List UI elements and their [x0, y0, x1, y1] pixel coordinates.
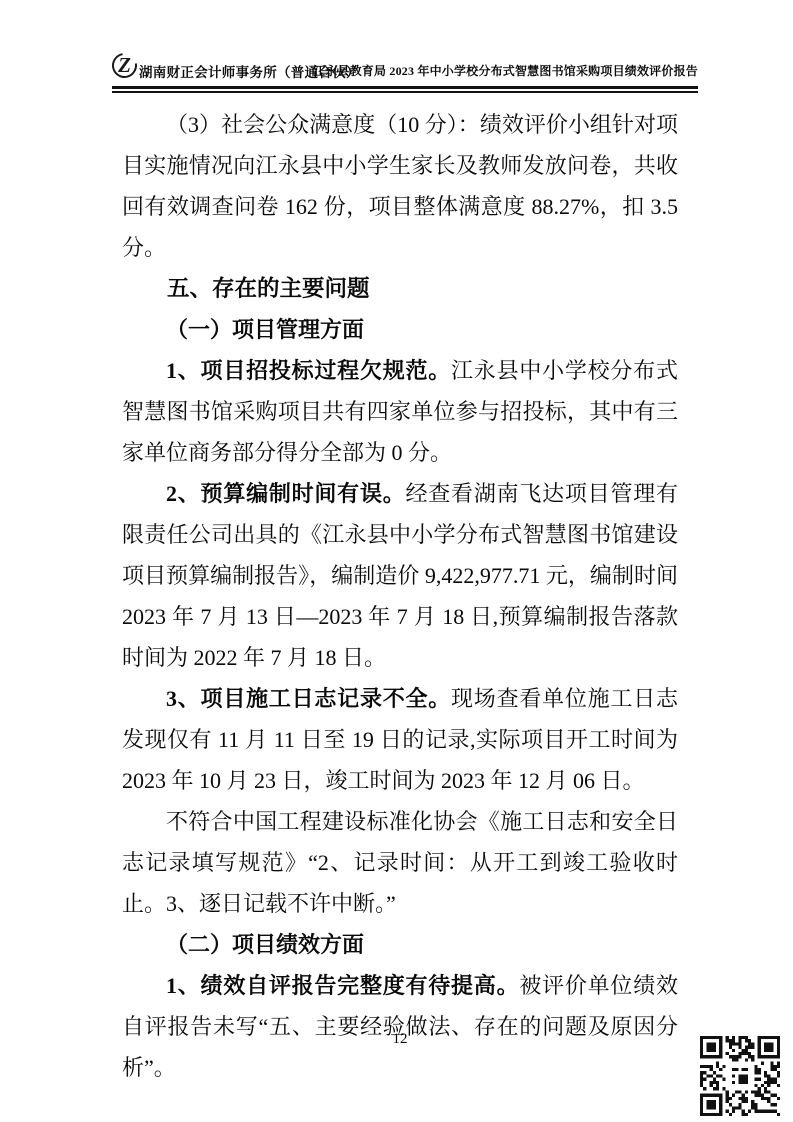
header-divider	[112, 86, 698, 93]
paragraph-standard-citation: 不符合中国工程建设标准化协会《施工日志和安全日志记录填写规范》“2、记录时间：从…	[122, 801, 678, 924]
header-doc-title: 江永县教育局 2023 年中小学校分布式智慧图书馆采购项目绩效评价报告	[313, 62, 698, 79]
paragraph-self-evaluation-issue: 1、绩效自评报告完整度有待提高。被评价单位绩效自评报告未写“五、主要经验做法、存…	[122, 965, 678, 1088]
document-page: Z 湖南财正会计师事务所（普通合伙） 江永县教育局 2023 年中小学校分布式智…	[0, 0, 793, 1122]
document-body: （3）社会公众满意度（10 分）：绩效评价小组针对项目实施情况向江永县中小学生家…	[122, 104, 678, 1088]
paragraph-satisfaction: （3）社会公众满意度（10 分）：绩效评价小组针对项目实施情况向江永县中小学生家…	[122, 104, 678, 268]
paragraph-construction-log-issue: 3、项目施工日志记录不全。现场查看单位施工日志发现仅有 11 月 11 日至 1…	[122, 678, 678, 801]
page-number: 12	[122, 1031, 678, 1048]
section-heading-main-problems: 五、存在的主要问题	[122, 268, 678, 309]
subsection-heading-project-management: （一）项目管理方面	[122, 309, 678, 350]
firm-logo-icon: Z	[112, 53, 137, 78]
paragraph-bidding-issue: 1、项目招投标过程欠规范。江永县中小学校分布式智慧图书馆采购项目共有四家单位参与…	[122, 350, 678, 473]
qr-code-icon	[700, 1036, 780, 1116]
logo-glyph: Z	[112, 53, 137, 78]
paragraph-budget-time-issue: 2、预算编制时间有误。经查看湖南飞达项目管理有限责任公司出具的《江永县中小学分布…	[122, 473, 678, 678]
subsection-heading-project-performance: （二）项目绩效方面	[122, 924, 678, 965]
